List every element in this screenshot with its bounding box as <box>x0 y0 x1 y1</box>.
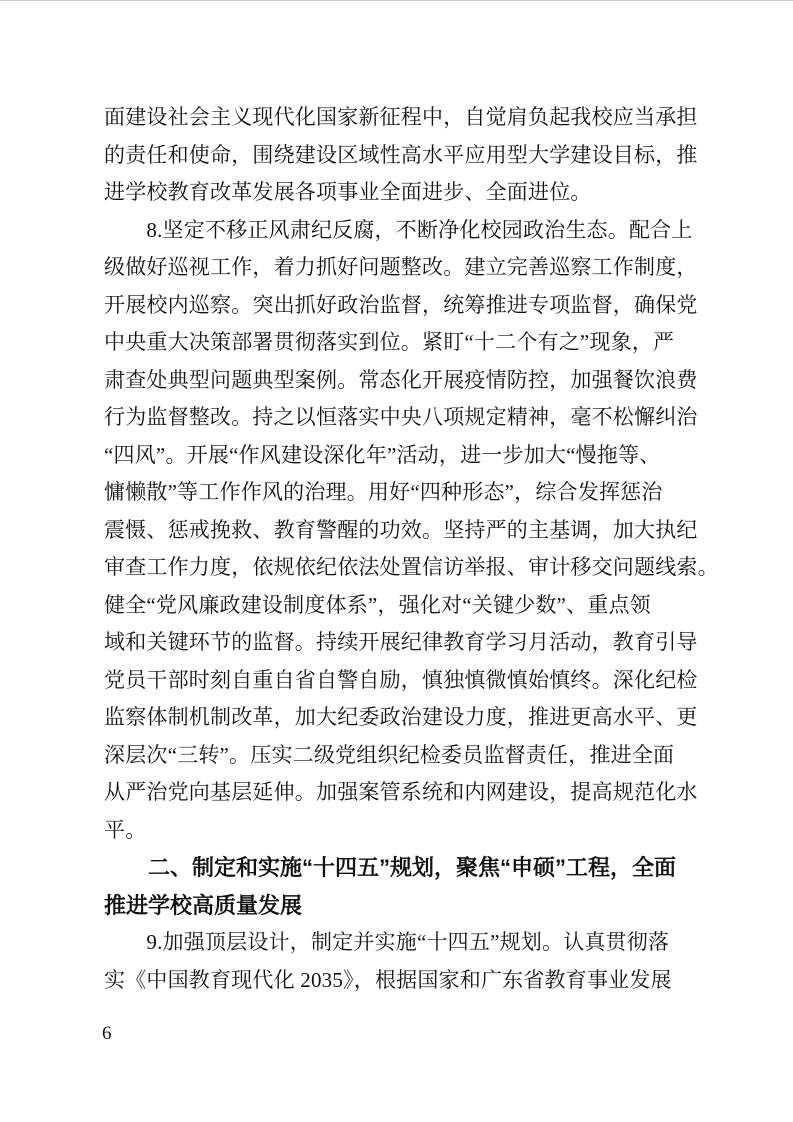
section-heading-2: 二、制定和实施“十四五”规划，聚焦“申硕”工程，全面推进学校高质量发展 <box>104 849 744 924</box>
text-line: 深层次“三转”。压实二级党组织纪检委员监督责任，推进全面 <box>104 737 744 775</box>
text-line: 进学校教育改革发展各项事业全面进步、全面进位。 <box>104 174 744 212</box>
text-line: 域和关键环节的监督。持续开展纪律教育学习月活动，教育引导 <box>104 624 744 662</box>
text-line: 审查工作力度，依规依纪依法处置信访举报、审计移交问题线索。 <box>104 549 744 587</box>
text-line: 健全“党风廉政建设制度体系”，强化对“关键少数”、重点领 <box>104 587 744 625</box>
text-line: 9.加强顶层设计，制定并实施“十四五”规划。认真贯彻落 <box>104 924 744 962</box>
text-line: 开展校内巡察。突出抓好政治监督，统筹推进专项监督，确保党 <box>104 287 744 325</box>
text-line: 行为监督整改。持之以恒落实中央八项规定精神，毫不松懈纠治 <box>104 399 744 437</box>
document-page: 面建设社会主义现代化国家新征程中，自觉肩负起我校应当承担的责任和使命，围绕建设区… <box>0 0 793 1122</box>
text-line: 实《中国教育现代化 2035》，根据国家和广东省教育事业发展 <box>104 962 744 1000</box>
text-line: 级做好巡视工作，着力抓好问题整改。建立完善巡察工作制度， <box>104 249 744 287</box>
text-line: 平。 <box>104 812 744 850</box>
text-line: 慵懒散”等工作作风的治理。用好“四种形态”，综合发挥惩治 <box>104 474 744 512</box>
document-body: 面建设社会主义现代化国家新征程中，自觉肩负起我校应当承担的责任和使命，围绕建设区… <box>104 99 744 999</box>
page-number: 6 <box>102 1023 112 1045</box>
text-line: 党员干部时刻自重自省自警自励，慎独慎微慎始慎终。深化纪检 <box>104 662 744 700</box>
text-line: 中央重大决策部署贯彻落实到位。紧盯“十二个有之”现象，严 <box>104 324 744 362</box>
text-line: 的责任和使命，围绕建设区域性高水平应用型大学建设目标，推 <box>104 137 744 175</box>
text-line: 监察体制机制改革，加大纪委政治建设力度，推进更高水平、更 <box>104 699 744 737</box>
paragraph-continuation: 面建设社会主义现代化国家新征程中，自觉肩负起我校应当承担的责任和使命，围绕建设区… <box>104 99 744 212</box>
text-line: 8.坚定不移正风肃纪反腐，不断净化校园政治生态。配合上 <box>104 212 744 250</box>
text-line: 面建设社会主义现代化国家新征程中，自觉肩负起我校应当承担 <box>104 99 744 137</box>
paragraph-9: 9.加强顶层设计，制定并实施“十四五”规划。认真贯彻落实《中国教育现代化 203… <box>104 924 744 999</box>
text-line: “四风”。开展“作风建设深化年”活动，进一步加大“慢拖等、 <box>104 437 744 475</box>
text-line: 推进学校高质量发展 <box>104 887 744 925</box>
paragraph-8: 8.坚定不移正风肃纪反腐，不断净化校园政治生态。配合上级做好巡视工作，着力抓好问… <box>104 212 744 850</box>
text-line: 震慑、惩戒挽救、教育警醒的功效。坚持严的主基调，加大执纪 <box>104 512 744 550</box>
text-line: 二、制定和实施“十四五”规划，聚焦“申硕”工程，全面 <box>104 849 744 887</box>
text-line: 从严治党向基层延伸。加强案管系统和内网建设，提高规范化水 <box>104 774 744 812</box>
text-line: 肃查处典型问题典型案例。常态化开展疫情防控，加强餐饮浪费 <box>104 362 744 400</box>
